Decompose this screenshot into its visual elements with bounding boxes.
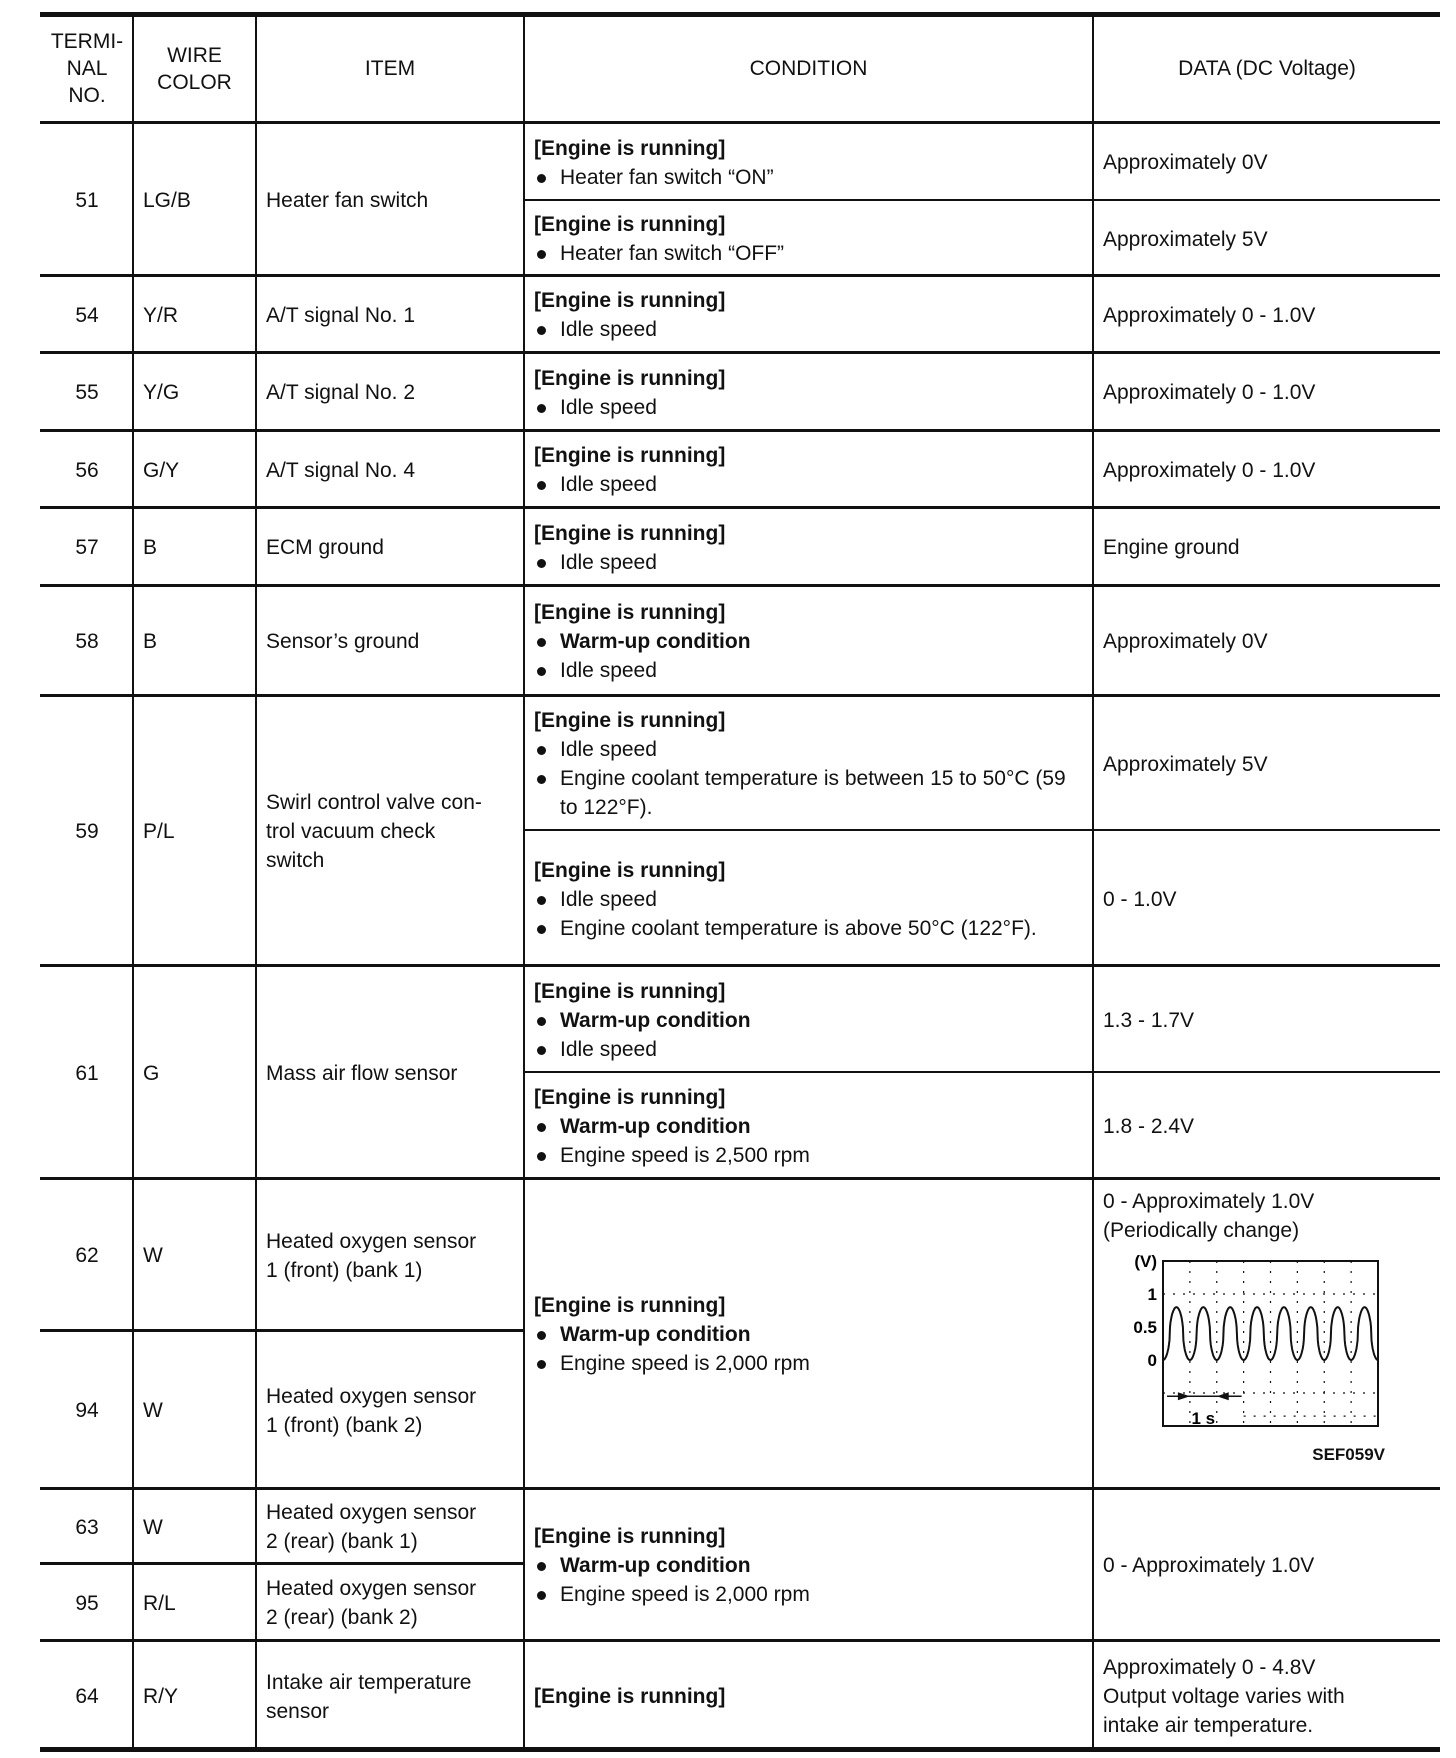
condition-cell: [Engine is running]Warm-up conditionEngi… [525, 1181, 1092, 1488]
condition-cell: [Engine is running]Warm-up conditionIdle… [525, 968, 1092, 1072]
wire-color: W [134, 1181, 255, 1330]
row-divider [40, 506, 1440, 509]
item-line: Heated oxygen sensor [266, 1574, 515, 1603]
item-name: Heated oxygen sensor1 (front) (bank 1) [257, 1181, 523, 1330]
data-value: Approximately 0V [1094, 588, 1440, 695]
terminal-no: 51 [42, 125, 132, 275]
data-line: Approximately 0 - 4.8V [1103, 1653, 1432, 1682]
item-name: Heater fan switch [257, 125, 523, 275]
terminal-no: 94 [42, 1333, 132, 1488]
data-line: Engine ground [1103, 533, 1432, 562]
wire-color: R/L [134, 1566, 255, 1640]
item-line: Heated oxygen sensor [266, 1498, 515, 1527]
wire-color: Y/R [134, 278, 255, 352]
terminal-no: 58 [42, 588, 132, 695]
data-line: Output voltage varies with [1103, 1682, 1432, 1711]
wire-color: P/L [134, 698, 255, 965]
header-text: TERMI- [51, 28, 123, 55]
data-line: Approximately 0 - 1.0V [1103, 301, 1432, 330]
data-value: Approximately 0 - 1.0V [1094, 278, 1440, 352]
row-divider [40, 1329, 523, 1332]
condition-bullet: Warm-up condition [534, 1551, 1084, 1580]
row-divider [40, 121, 1440, 124]
condition-heading: [Engine is running] [534, 286, 1084, 315]
condition-bullet: Warm-up condition [534, 1112, 1084, 1141]
row-divider [40, 274, 1440, 277]
data-value: Approximately 0 - 4.8VOutput voltage var… [1094, 1643, 1440, 1750]
terminal-no: 54 [42, 278, 132, 352]
header-text: WIRE [167, 42, 222, 69]
condition-cell: [Engine is running]Idle speed [525, 510, 1092, 585]
item-line: Swirl control valve con- [266, 788, 515, 817]
item-line: Intake air temperature [266, 1668, 515, 1697]
terminal-no: 62 [42, 1181, 132, 1330]
data-value: Approximately 5V [1094, 698, 1440, 830]
condition-bullet: Idle speed [534, 885, 1084, 914]
row-divider [40, 351, 1440, 354]
condition-heading: [Engine is running] [534, 706, 1084, 735]
item-name: A/T signal No. 2 [257, 355, 523, 430]
data-line: (Periodically change) [1103, 1216, 1432, 1245]
condition-bullet: Warm-up condition [534, 1006, 1084, 1035]
condition-heading: [Engine is running] [534, 441, 1084, 470]
wire-color: B [134, 588, 255, 695]
header-condition: CONDITION [525, 15, 1092, 122]
data-line: Approximately 0V [1103, 148, 1432, 177]
terminal-no: 57 [42, 510, 132, 585]
condition-cell: [Engine is running]Idle speed [525, 278, 1092, 352]
row-divider [523, 1071, 1440, 1073]
data-value: Approximately 0 - 1.0V [1094, 355, 1440, 430]
item-name: Sensor’s ground [257, 588, 523, 695]
data-value: 0 - 1.0V [1094, 833, 1440, 965]
item-line: Heated oxygen sensor [266, 1227, 515, 1256]
header-text: NAL [67, 55, 108, 82]
header-text: NO. [68, 82, 105, 109]
item-name: A/T signal No. 1 [257, 278, 523, 352]
terminal-no: 59 [42, 698, 132, 965]
data-line: 0 - 1.0V [1103, 885, 1432, 914]
condition-heading: [Engine is running] [534, 1291, 1084, 1320]
data-line: 1.8 - 2.4V [1103, 1112, 1432, 1141]
data-value: Approximately 0 - 1.0V [1094, 433, 1440, 507]
row-divider [40, 584, 1440, 587]
condition-bullet: Engine speed is 2,000 rpm [534, 1580, 1084, 1609]
item-name: Heated oxygen sensor2 (rear) (bank 1) [257, 1491, 523, 1563]
figure-code: SEF059V [1312, 1440, 1385, 1469]
condition-cell: [Engine is running]Idle speed [525, 433, 1092, 507]
item-name: Intake air temperaturesensor [257, 1643, 523, 1750]
condition-heading: [Engine is running] [534, 856, 1084, 885]
item-name: Heated oxygen sensor2 (rear) (bank 2) [257, 1566, 523, 1640]
condition-heading: [Engine is running] [534, 519, 1084, 548]
condition-cell: [Engine is running]Idle speedEngine cool… [525, 698, 1092, 830]
header-data: DATA (DC Voltage) [1094, 15, 1440, 122]
svg-text:1: 1 [1148, 1285, 1157, 1304]
terminal-no: 55 [42, 355, 132, 430]
arrow-left-icon [1217, 1392, 1229, 1400]
header-wire-color: WIRECOLOR [134, 15, 255, 122]
item-name: Heated oxygen sensor1 (front) (bank 2) [257, 1333, 523, 1488]
condition-bullet: Idle speed [534, 548, 1084, 577]
condition-cell: [Engine is running] [525, 1643, 1092, 1750]
data-line: Approximately 0 - 1.0V [1103, 378, 1432, 407]
condition-heading: [Engine is running] [534, 1522, 1084, 1551]
condition-bullet: Engine speed is 2,000 rpm [534, 1349, 1084, 1378]
terminal-no: 95 [42, 1566, 132, 1640]
condition-cell: [Engine is running]Heater fan switch “ON… [525, 125, 1092, 200]
item-name: A/T signal No. 4 [257, 433, 523, 507]
header-text: COLOR [157, 69, 232, 96]
data-line: 0 - Approximately 1.0V [1103, 1187, 1432, 1216]
svg-text:0.5: 0.5 [1133, 1318, 1157, 1337]
row-divider [40, 1562, 523, 1565]
svg-text:1 s: 1 s [1191, 1409, 1215, 1428]
condition-bullet: Idle speed [534, 656, 1084, 685]
row-divider [40, 694, 1440, 697]
condition-cell: [Engine is running]Idle speedEngine cool… [525, 833, 1092, 965]
row-divider [40, 1487, 1440, 1490]
data-line: Approximately 5V [1103, 225, 1432, 254]
row-divider [40, 1747, 1440, 1752]
data-value: Approximately 0V [1094, 125, 1440, 200]
row-divider [523, 199, 1440, 201]
condition-cell: [Engine is running]Warm-up conditionIdle… [525, 588, 1092, 695]
item-name: Mass air flow sensor [257, 968, 523, 1178]
condition-bullet: Idle speed [534, 470, 1084, 499]
condition-bullet: Heater fan switch “ON” [534, 163, 1084, 192]
wire-color: W [134, 1491, 255, 1563]
row-divider [40, 1177, 1440, 1180]
condition-bullet: Warm-up condition [534, 627, 1084, 656]
wire-color: R/Y [134, 1643, 255, 1750]
data-value: 1.3 - 1.7V [1094, 968, 1440, 1072]
data-line: Approximately 0V [1103, 627, 1432, 656]
item-line: 1 (front) (bank 2) [266, 1411, 515, 1440]
item-name: ECM ground [257, 510, 523, 585]
condition-bullet: Idle speed [534, 393, 1084, 422]
condition-heading: [Engine is running] [534, 364, 1084, 393]
condition-bullet: Engine coolant temperature is between 15… [534, 764, 1084, 822]
waveform-chart: (V)10.501 s [1103, 1253, 1403, 1453]
condition-bullet: Idle speed [534, 315, 1084, 344]
data-value: 0 - Approximately 1.0V [1094, 1491, 1440, 1640]
data-value: Engine ground [1094, 510, 1440, 585]
data-line: 0 - Approximately 1.0V [1103, 1551, 1432, 1580]
row-divider [40, 964, 1440, 967]
item-line: Heated oxygen sensor [266, 1382, 515, 1411]
svg-text:(V): (V) [1134, 1253, 1157, 1271]
data-line: 1.3 - 1.7V [1103, 1006, 1432, 1035]
condition-cell: [Engine is running]Idle speed [525, 355, 1092, 430]
header-terminal-no: TERMI-NALNO. [42, 15, 132, 122]
item-line: 1 (front) (bank 1) [266, 1256, 515, 1285]
oscilloscope-figure: (V)10.501 sSEF059V [1103, 1253, 1403, 1463]
terminal-no: 61 [42, 968, 132, 1178]
data-value: 0 - Approximately 1.0V(Periodically chan… [1094, 1181, 1440, 1488]
condition-bullet: Idle speed [534, 735, 1084, 764]
row-divider [40, 1639, 1440, 1642]
condition-heading: [Engine is running] [534, 210, 1084, 239]
condition-cell: [Engine is running]Warm-up conditionEngi… [525, 1075, 1092, 1178]
condition-heading: [Engine is running] [534, 598, 1084, 627]
data-value: 1.8 - 2.4V [1094, 1075, 1440, 1178]
item-line: sensor [266, 1697, 515, 1726]
condition-bullet: Warm-up condition [534, 1320, 1084, 1349]
terminal-no: 64 [42, 1643, 132, 1750]
data-line: Approximately 0 - 1.0V [1103, 456, 1432, 485]
row-divider [523, 829, 1440, 831]
condition-cell: [Engine is running]Heater fan switch “OF… [525, 203, 1092, 275]
wire-color: LG/B [134, 125, 255, 275]
condition-heading: [Engine is running] [534, 134, 1084, 163]
item-line: trol vacuum check [266, 817, 515, 846]
item-line: 2 (rear) (bank 2) [266, 1603, 515, 1632]
item-line: switch [266, 846, 515, 875]
terminal-no: 56 [42, 433, 132, 507]
data-line: Approximately 5V [1103, 750, 1432, 779]
wire-color: B [134, 510, 255, 585]
wire-color: Y/G [134, 355, 255, 430]
svg-text:0: 0 [1148, 1351, 1157, 1370]
header-item: ITEM [257, 15, 523, 122]
wire-color: G/Y [134, 433, 255, 507]
condition-heading: [Engine is running] [534, 1682, 1084, 1711]
data-line: intake air temperature. [1103, 1711, 1432, 1740]
wire-color: G [134, 968, 255, 1178]
condition-heading: [Engine is running] [534, 977, 1084, 1006]
condition-bullet: Heater fan switch “OFF” [534, 239, 1084, 268]
condition-heading: [Engine is running] [534, 1083, 1084, 1112]
wire-color: W [134, 1333, 255, 1488]
condition-bullet: Idle speed [534, 1035, 1084, 1064]
condition-cell: [Engine is running]Warm-up conditionEngi… [525, 1491, 1092, 1640]
terminal-no: 63 [42, 1491, 132, 1563]
condition-bullet: Engine speed is 2,500 rpm [534, 1141, 1084, 1170]
data-value: Approximately 5V [1094, 203, 1440, 275]
condition-bullet: Engine coolant temperature is above 50°C… [534, 914, 1084, 943]
item-name: Swirl control valve con-trol vacuum chec… [257, 698, 523, 965]
item-line: 2 (rear) (bank 1) [266, 1527, 515, 1556]
row-divider [40, 429, 1440, 432]
